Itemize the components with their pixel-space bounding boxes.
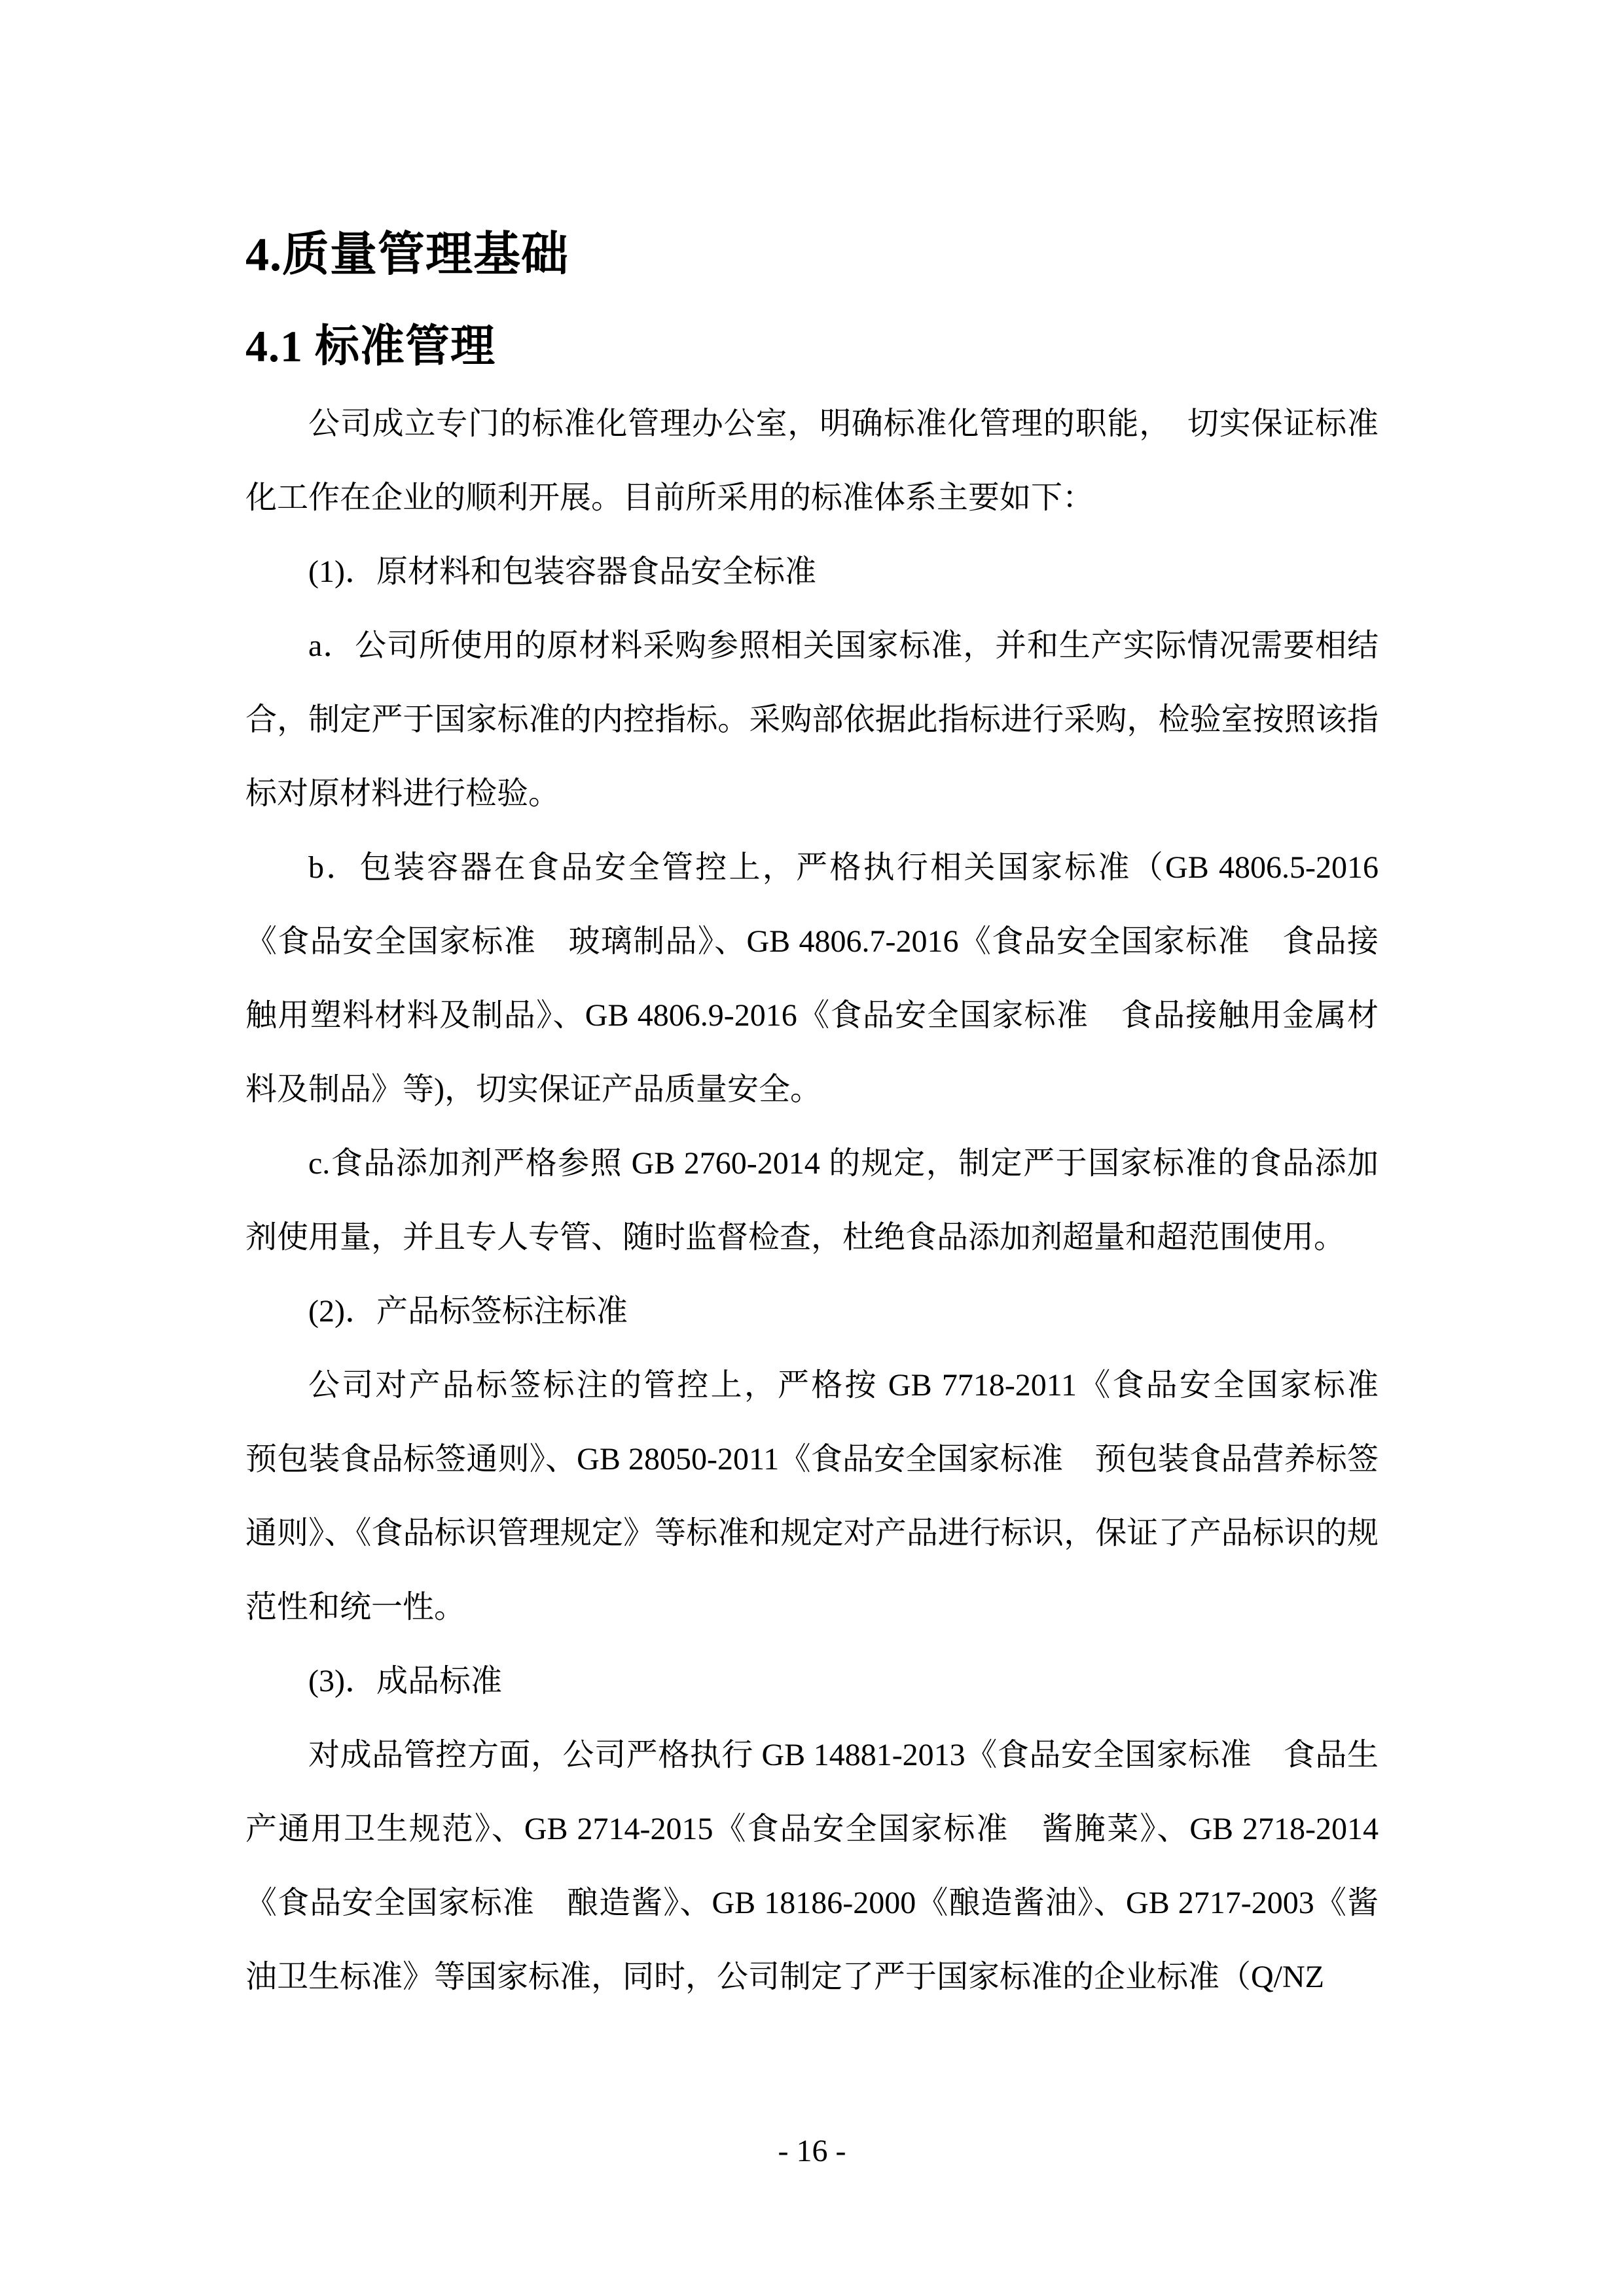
paragraph-intro: 公司成立专门的标准化管理办公室，明确标准化管理的职能， 切实保证标准化工作在企业…	[245, 387, 1379, 535]
paragraph-list-item-1: (1)．原材料和包装容器食品安全标准	[245, 535, 1379, 609]
document-content: 4.质量管理基础 4.1 标准管理 公司成立专门的标准化管理办公室，明确标准化管…	[245, 0, 1379, 2014]
document-page: 4.质量管理基础 4.1 标准管理 公司成立专门的标准化管理办公室，明确标准化管…	[0, 0, 1624, 2296]
paragraph-item-a: a．公司所使用的原材料采购参照相关国家标准，并和生产实际情况需要相结合，制定严于…	[245, 609, 1379, 831]
paragraph-item-c: c.食品添加剂严格参照 GB 2760-2014 的规定，制定严于国家标准的食品…	[245, 1126, 1379, 1274]
paragraph-block: 公司成立专门的标准化管理办公室，明确标准化管理的职能， 切实保证标准化工作在企业…	[245, 387, 1379, 2014]
section-heading: 4.质量管理基础	[245, 0, 1379, 280]
paragraph-label-standards: 公司对产品标签标注的管控上，严格按 GB 7718-2011《食品安全国家标准 …	[245, 1348, 1379, 1644]
page-number: - 16 -	[0, 2132, 1624, 2170]
subsection-heading: 4.1 标准管理	[245, 323, 1379, 370]
paragraph-product-standards: 对成品管控方面，公司严格执行 GB 14881-2013《食品安全国家标准 食品…	[245, 1718, 1379, 2014]
paragraph-item-b: b．包装容器在食品安全管控上，严格执行相关国家标准（GB 4806.5-2016…	[245, 831, 1379, 1126]
paragraph-list-item-2: (2)．产品标签标注标准	[245, 1274, 1379, 1348]
paragraph-list-item-3: (3)．成品标准	[245, 1644, 1379, 1718]
